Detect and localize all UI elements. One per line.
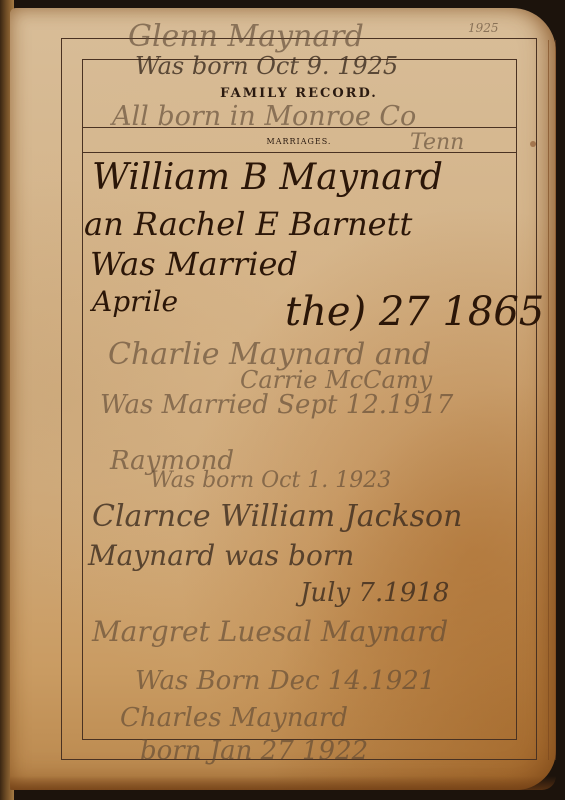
marriage-date: the) 27 1865 xyxy=(285,292,544,332)
entry-margret-line2: Was Born Dec 14.1921 xyxy=(135,668,435,694)
page-edge xyxy=(548,40,556,760)
page-title: FAMILY RECORD. xyxy=(82,86,516,101)
ink-spot xyxy=(530,141,536,147)
annotation-margin-year: 1925 xyxy=(468,22,499,34)
entry-charles-line1: Charles Maynard xyxy=(120,705,348,731)
annotation-state: Tenn xyxy=(410,132,464,154)
marriage-groom: William B Maynard xyxy=(92,160,443,196)
entry-charlie-line3: Was Married Sept 12.1917 xyxy=(100,392,453,418)
annotation-location: All born in Monroe Co xyxy=(112,103,416,130)
entry-raymond-line2: Was born Oct 1. 1923 xyxy=(150,470,391,492)
entry-clarnce-line2: Maynard was born xyxy=(88,542,354,570)
scanned-document: FAMILY RECORD. MARRIAGES. Glenn Maynard … xyxy=(0,0,565,800)
entry-charles-line2: born Jan 27 1922 xyxy=(140,738,368,764)
entry-clarnce-line1: Clarnce William Jackson xyxy=(92,502,462,532)
entry-margret-line1: Margret Luesal Maynard xyxy=(92,618,448,646)
entry-clarnce-line3: July 7.1918 xyxy=(300,580,449,606)
entry-charlie-line2: Carrie McCamy xyxy=(240,368,432,392)
annotation-birth: Was born Oct 9. 1925 xyxy=(135,54,398,78)
marriage-month: Aprile xyxy=(92,288,178,316)
marriage-bride: an Rachel E Barnett xyxy=(84,208,412,240)
annotation-name: Glenn Maynard xyxy=(128,22,364,52)
marriage-statement: Was Married xyxy=(90,248,298,280)
